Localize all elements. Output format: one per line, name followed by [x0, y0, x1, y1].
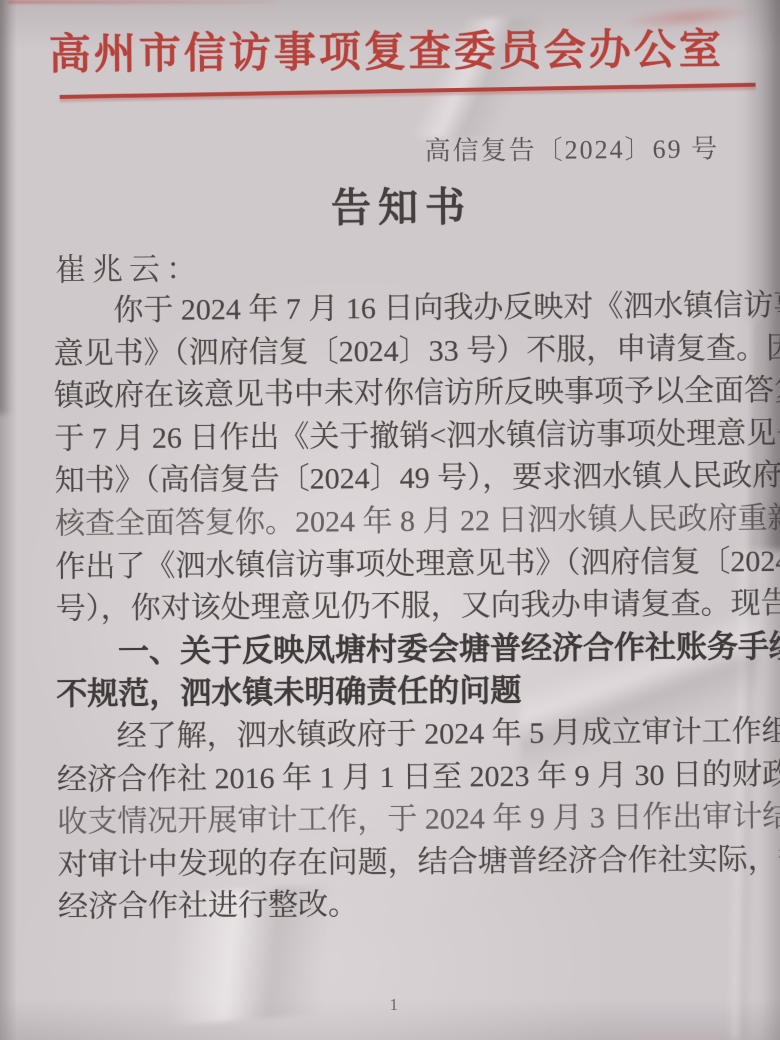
- body-line: 经济合作社 2016 年 1 月 1 日至 2023 年 9 月 30 日的财政…: [57, 754, 742, 802]
- document-photo: 高州市信访事项复查委员会办公室 高信复告〔2024〕69 号 告知书 崔兆云： …: [0, 0, 780, 1040]
- body-line: 对审计中发现的存在问题，结合塘普经济合作社实际，督促塘普: [58, 839, 743, 887]
- page-number: 1: [4, 992, 780, 1018]
- section-heading-line: 不规范，泗水镇未明确责任的问题: [56, 669, 741, 717]
- section-heading-line: 一、关于反映凤塘村委会塘普经济合作社账务手续不齐全、: [56, 626, 741, 674]
- body-line: 经济合作社进行整改。: [58, 882, 743, 930]
- body-line: 意见书》（泗府信复〔2024〕33 号）不服，申请复查。因泗水: [54, 328, 739, 376]
- body-line: 号），你对该处理意见仍不服，又向我办申请复查。现告知如下：: [56, 583, 741, 631]
- body-line: 作出了《泗水镇信访事项处理意见书》（泗府信复〔2024〕44: [55, 541, 740, 589]
- document-title: 告知书: [11, 180, 780, 236]
- document-body: 你于 2024 年 7 月 16 日向我办反映对《泗水镇信访事项处理 意见书》（…: [0, 285, 780, 930]
- body-line: 于 7 月 26 日作出《关于撤销<泗水镇信访事项处理意见书>的告: [54, 413, 739, 461]
- document-number: 高信复告〔2024〕69 号: [0, 134, 777, 170]
- body-line: 镇政府在该意见书中未对你信访所反映事项予以全面答复，我办: [54, 370, 739, 418]
- body-line: 你于 2024 年 7 月 16 日向我办反映对《泗水镇信访事项处理: [53, 285, 738, 333]
- body-line: 经了解，泗水镇政府于 2024 年 5 月成立审计工作组对塘普: [57, 711, 742, 759]
- document-page: 高州市信访事项复查委员会办公室 高信复告〔2024〕69 号 告知书 崔兆云： …: [0, 0, 780, 1040]
- body-line: 知书》（高信复告〔2024〕49 号），要求泗水镇人民政府重新: [55, 456, 740, 504]
- body-line: 核查全面答复你。2024 年 8 月 22 日泗水镇人民政府重新向你: [55, 498, 740, 546]
- letterhead-rule: [60, 83, 756, 99]
- addressee: 崔兆云：: [0, 245, 778, 291]
- letterhead-org-name: 高州市信访事项复查委员会办公室: [0, 22, 777, 84]
- body-line: 收支情况开展审计工作，于 2024 年 9 月 3 日作出审计结果，并: [57, 796, 742, 844]
